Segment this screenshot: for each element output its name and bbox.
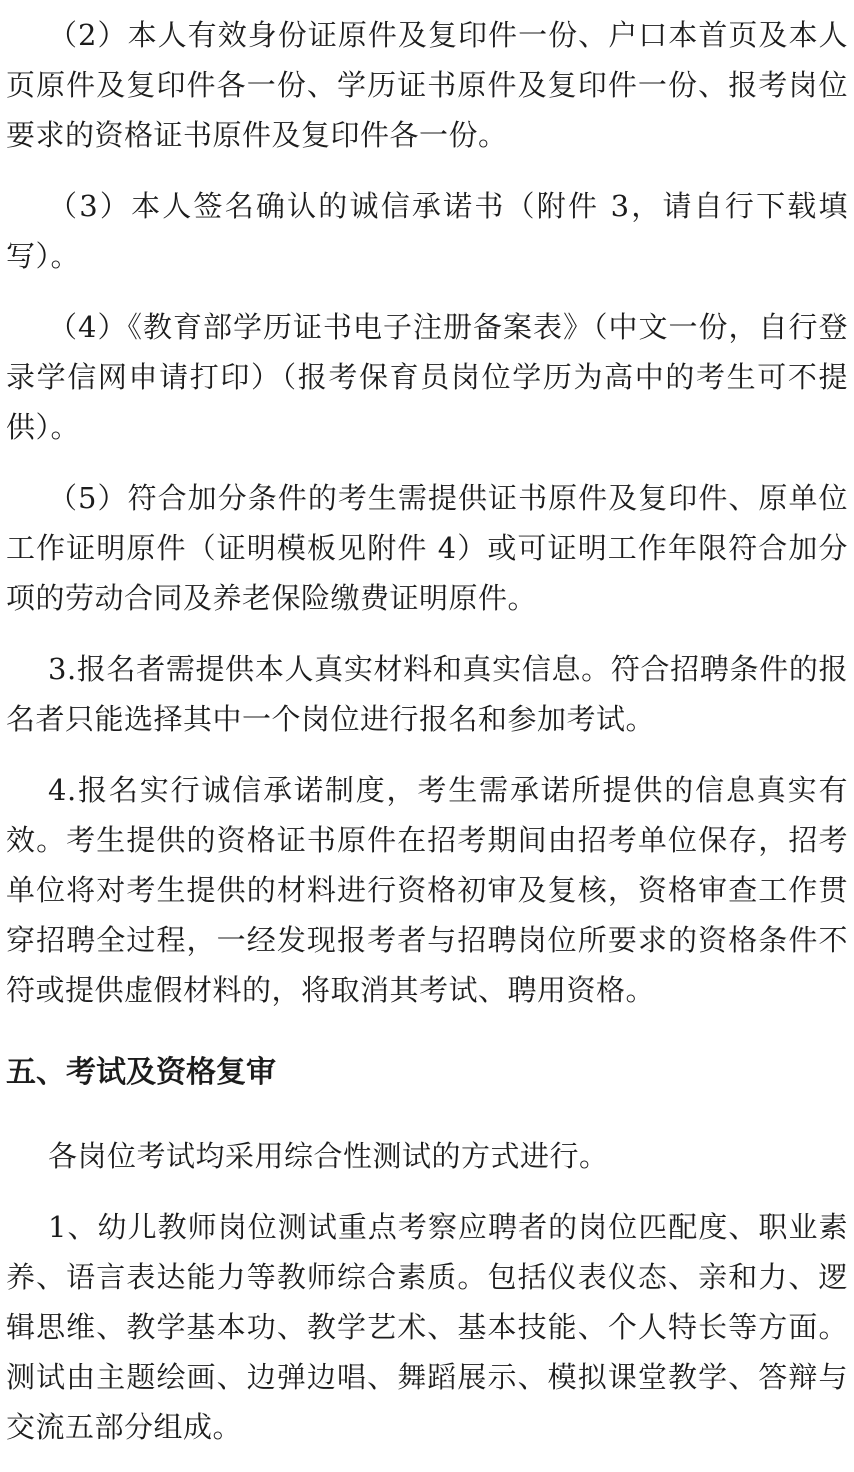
paragraph-item-5-bonus-point-proof: （5）符合加分条件的考生需提供证书原件及复印件、原单位工作证明原件（证明模板见附…: [6, 473, 848, 623]
paragraph-1-teacher-post-test: 1、幼儿教师岗位测试重点考察应聘者的岗位匹配度、职业素养、语言表达能力等教师综合…: [6, 1202, 848, 1452]
paragraph-item-4-registration-form: （4）《教育部学历证书电子注册备案表》（中文一份，自行登录学信网申请打印）（报考…: [6, 302, 848, 452]
paragraph-4-integrity-commitment: 4.报名实行诚信承诺制度，考生需承诺所提供的信息真实有效。考生提供的资格证书原件…: [6, 765, 848, 1015]
document-page: （2）本人有效身份证原件及复印件一份、户口本首页及本人页原件及复印件各一份、学历…: [0, 0, 854, 1472]
paragraph-item-2-documents: （2）本人有效身份证原件及复印件一份、户口本首页及本人页原件及复印件各一份、学历…: [6, 10, 848, 160]
section-heading-exam-and-review: 五、考试及资格复审: [6, 1048, 848, 1098]
paragraph-exam-method: 各岗位考试均采用综合性测试的方式进行。: [6, 1131, 848, 1181]
paragraph-item-3-integrity-letter: （3）本人签名确认的诚信承诺书（附件 3，请自行下载填写）。: [6, 181, 848, 281]
paragraph-3-true-materials: 3.报名者需提供本人真实材料和真实信息。符合招聘条件的报名者只能选择其中一个岗位…: [6, 644, 848, 744]
